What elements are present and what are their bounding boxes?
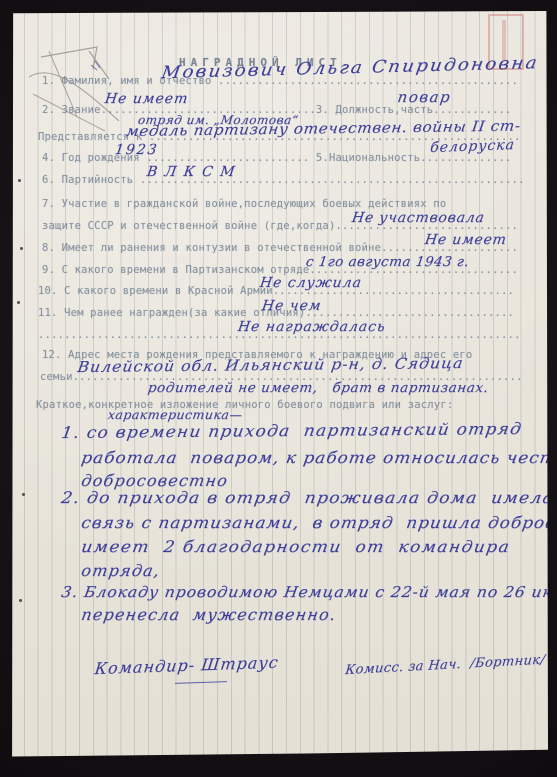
hw-merit2-line2: связь с партизанами, в отряд пришла добр… bbox=[80, 513, 548, 532]
hw-merit1-line2: работала поваром, к работе относилась че… bbox=[80, 448, 548, 467]
hw-previous-awards: Не чем bbox=[261, 298, 323, 314]
hw-merit2-line3: имеет 2 благодарности от командира bbox=[80, 537, 512, 556]
hw-family: родителей не имеет, брат в партизанах. bbox=[147, 380, 490, 396]
hw-merit2-line1: 2. до прихода в отряд проживала дома име… bbox=[60, 488, 548, 507]
hw-red-army: Не служила bbox=[259, 275, 363, 291]
hw-merit3-line2: перенесла мужественно. bbox=[80, 605, 338, 624]
field-label-war-participation-1: 7. Участие в гражданской войне,последующ… bbox=[42, 198, 446, 210]
dust-speck bbox=[19, 599, 22, 602]
hw-wounds: Не имеет bbox=[424, 232, 508, 248]
hw-characteristic: характеристика— bbox=[107, 407, 244, 422]
hw-war-participation: Не участвовала bbox=[351, 210, 486, 226]
hw-merit3-line1: 3. Блокаду проводимою Немцами с 22-й мая… bbox=[60, 583, 548, 601]
hw-party: В Л К С М bbox=[146, 164, 237, 180]
hw-position: повар bbox=[396, 88, 452, 106]
hw-nationality: белоруска bbox=[429, 137, 515, 156]
dust-speck bbox=[17, 301, 20, 304]
hw-partisan-since: с 1го августа 1943 г. bbox=[305, 254, 470, 270]
dust-speck bbox=[20, 247, 23, 250]
hw-previous-awards-2: Не награждалась bbox=[237, 319, 387, 335]
field-label-merit-description: Краткое,конкретное изложение личного бое… bbox=[36, 399, 453, 411]
hw-birth-year: 1923 bbox=[114, 142, 160, 158]
field-label-party: 6. Партийность .........................… bbox=[42, 174, 525, 186]
hw-merit1-line1: 1. со времени прихода партизанский отряд bbox=[60, 419, 524, 442]
paper-sheet: НАГРАДНОЙ ЛИСТ. 1. Фамилия, имя и отчест… bbox=[11, 11, 548, 758]
dust-speck bbox=[22, 493, 25, 496]
hw-merit2-line4: отряда, bbox=[80, 561, 162, 580]
hw-rank: Не имеет bbox=[104, 91, 190, 107]
dust-speck bbox=[18, 179, 21, 182]
